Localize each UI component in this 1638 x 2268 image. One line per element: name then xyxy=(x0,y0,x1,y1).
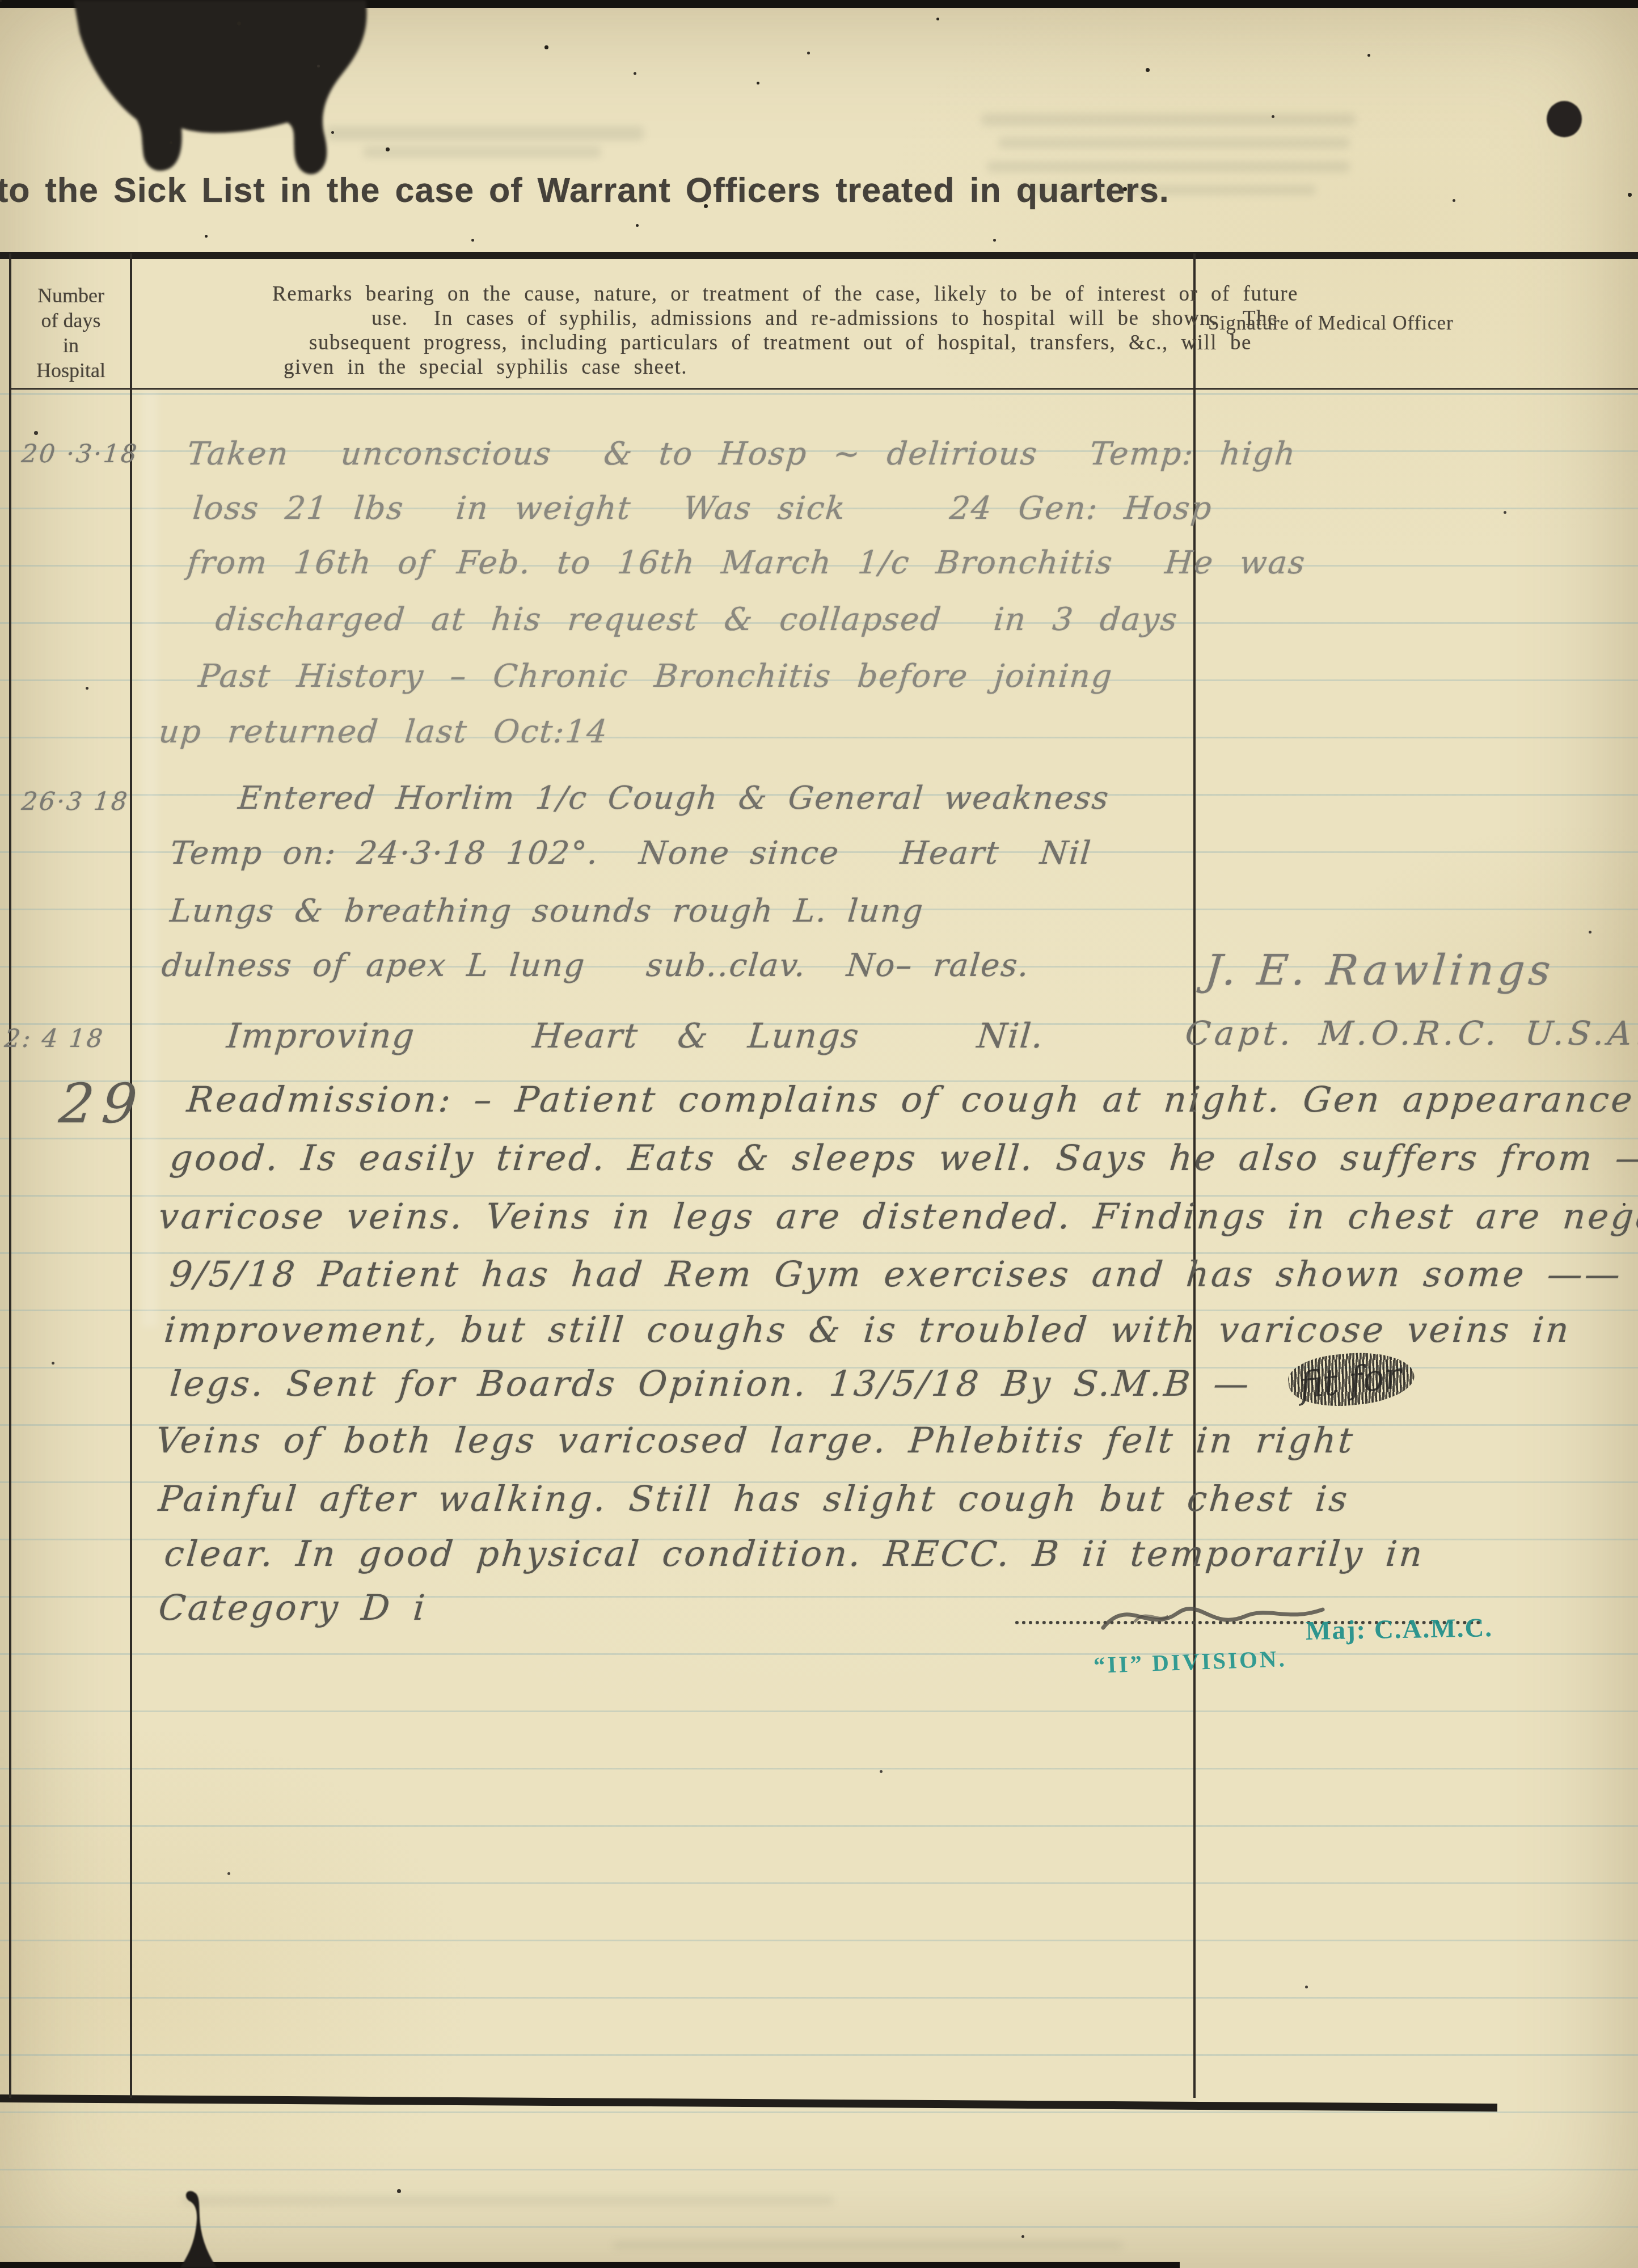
column-header-remarks-line4: given in the special syphilis case sheet… xyxy=(284,355,687,379)
entry-line: clear. In good physical condition. RECC.… xyxy=(163,1533,1426,1574)
column-header-days-line: of days xyxy=(11,308,130,333)
ink-blot xyxy=(57,0,397,187)
column-header-days-line: Number xyxy=(11,283,130,308)
medical-officer-rank: Capt. M.O.R.C. U.S.A. xyxy=(1184,1014,1638,1053)
entry-line: legs. Sent for Boards Opinion. 13/5/18 B… xyxy=(168,1363,1253,1404)
entry-line: Improving Heart & Lungs Nil. xyxy=(225,1016,1046,1056)
entry-line: dulness of apex L lung sub..clav. No– ra… xyxy=(160,947,1031,984)
punch-hole xyxy=(1547,101,1582,137)
entry-date: 2: 4 18 xyxy=(3,1024,105,1053)
bleed-through-smudge xyxy=(981,113,1356,126)
entry-line: Past History – Chronic Bronchitis before… xyxy=(197,658,1114,695)
medical-officer-signature: J. E. Rawlings xyxy=(1203,946,1556,995)
entry-date: 26·3 18 xyxy=(20,787,130,816)
ink-flourish xyxy=(147,2182,261,2268)
entry-line: from 16th of Feb. to 16th March 1/c Bron… xyxy=(185,544,1307,581)
entry-line: Readmission: – Patient complains of coug… xyxy=(185,1079,1636,1120)
entry-line: varicose veins. Veins in legs are disten… xyxy=(157,1196,1638,1237)
entry-line: discharged at his request & collapsed in… xyxy=(214,601,1180,638)
entry-line: 9/5/18 Patient has had Rem Gym exercises… xyxy=(168,1253,1624,1295)
bleed-through-smudge xyxy=(363,146,601,158)
pencil-signature-scrawl xyxy=(1100,1588,1327,1645)
entry-line: Temp on: 24·3·18 102°. None since Heart … xyxy=(168,835,1093,872)
table-top-border xyxy=(0,252,1638,259)
column-header-remarks-line1: Remarks bearing on the cause, nature, or… xyxy=(272,282,1298,306)
entry-line: Lungs & breathing sounds rough L. lung xyxy=(168,893,925,930)
paper-specks xyxy=(0,0,2,2)
bleed-through-smudge xyxy=(998,137,1350,149)
entry-line: loss 21 lbs in weight Was sick 24 Gen: H… xyxy=(191,490,1214,527)
entry-days-count: 29 xyxy=(57,1072,147,1135)
column-header-signature: Signature of Medical Officer xyxy=(1208,312,1454,335)
entry-line: Taken unconscious & to Hosp ~ delirious … xyxy=(185,436,1298,472)
entry-line: Category D i xyxy=(157,1587,429,1628)
entry-line: improvement, but still coughs & is troub… xyxy=(163,1309,1573,1350)
scanned-medical-record-page: to the Sick List in the case of Warrant … xyxy=(0,0,1638,2268)
entry-line: up returned last Oct:14 xyxy=(157,713,610,750)
bleed-through-smudge xyxy=(613,2241,1123,2249)
column-header-days-line: Hospital xyxy=(11,358,130,383)
table-vertical-line-left xyxy=(9,254,11,2098)
table-vertical-line-days xyxy=(130,254,132,2098)
entry-line: good. Is easily tired. Eats & sleeps wel… xyxy=(168,1137,1638,1179)
column-header-remarks-line2: use. In cases of syphilis, admissions an… xyxy=(371,306,1278,331)
entry-date: 20 ·3·18 xyxy=(20,440,140,468)
entry-line: Veins of both legs varicosed large. Phle… xyxy=(154,1420,1357,1461)
rank-stamp: Maj: C.A.M.C. xyxy=(1306,1612,1493,1646)
table-header-separator xyxy=(10,388,1638,390)
paper-crease xyxy=(142,391,158,1327)
column-header-remarks-line3: subsequent progress, including particula… xyxy=(309,331,1252,355)
bleed-through-smudge xyxy=(181,2196,834,2205)
column-header-days: Number of days in Hospital xyxy=(11,283,130,383)
entry-line: Entered Horlim 1/c Cough & General weakn… xyxy=(237,780,1111,817)
column-header-days-line: in xyxy=(11,333,130,358)
entry-line: Painful after walking. Still has slight … xyxy=(157,1478,1351,1519)
